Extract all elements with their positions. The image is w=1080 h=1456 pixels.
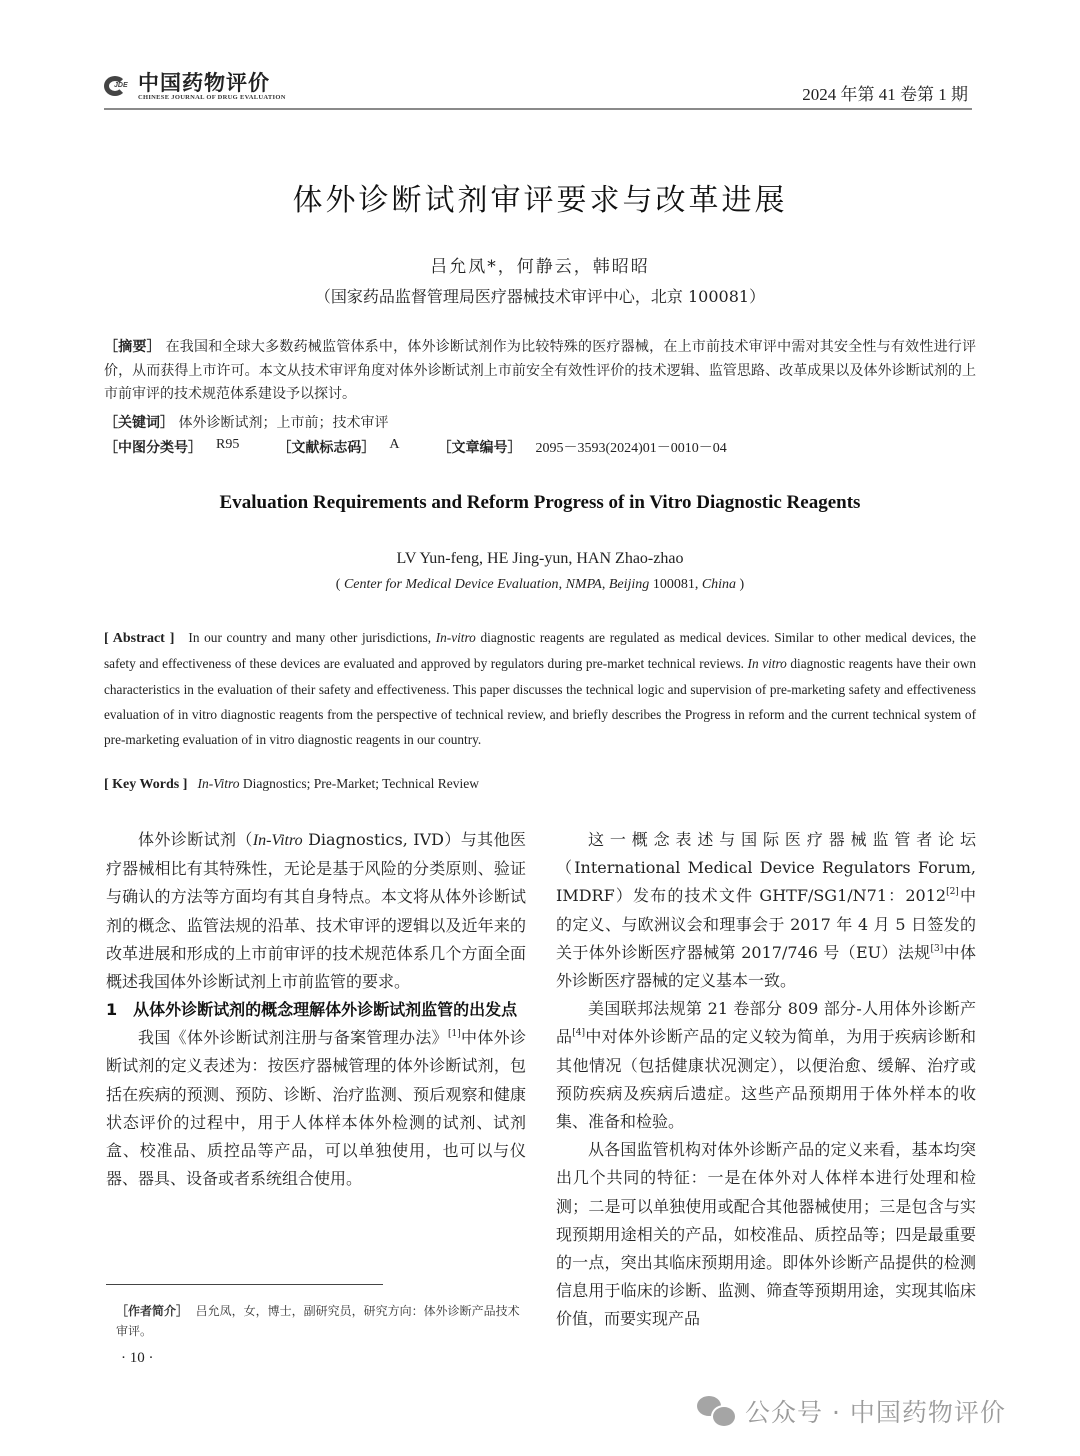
author-footnote: ［作者简介］ 吕允凤，女，博士，副研究员，研究方向：体外诊断产品技术审评。 bbox=[116, 1301, 526, 1341]
journal-logo-icon: JDE bbox=[104, 74, 134, 100]
keywords-cn: ［关键词］ 体外诊断试剂；上市前；技术审评 bbox=[104, 412, 388, 432]
keywords-cn-label: ［关键词］ bbox=[104, 415, 174, 431]
article-title-en: Evaluation Requirements and Reform Progr… bbox=[0, 492, 1080, 514]
article-no-value: 2095－3593(2024)01－0010－04 bbox=[535, 437, 726, 457]
affiliation-cn: （国家药品监督管理局医疗器械技术审评中心，北京 100081） bbox=[0, 284, 1080, 307]
abstract-en-label: [ Abstract ] bbox=[104, 631, 174, 646]
body-paragraph: 体外诊断试剂（In-Vitro Diagnostics, IVD）与其他医疗器械… bbox=[106, 826, 526, 996]
body-column-left: 体外诊断试剂（In-Vitro Diagnostics, IVD）与其他医疗器械… bbox=[106, 826, 526, 1193]
page-number: · 10 · bbox=[121, 1350, 154, 1367]
citation-ref[interactable]: [2] bbox=[946, 887, 959, 897]
doc-code-label: ［文献标志码］ bbox=[277, 437, 375, 457]
article-title-cn: 体外诊断试剂审评要求与改革进展 bbox=[0, 175, 1080, 219]
body-paragraph: 这一概念表述与国际医疗器械监管者论坛（International Medical… bbox=[556, 826, 976, 995]
citation-ref[interactable]: [4] bbox=[572, 1028, 585, 1038]
abstract-cn-label: ［摘要］ bbox=[104, 339, 161, 355]
doc-code-value: A bbox=[389, 437, 399, 457]
journal-name-cn: 中国药物评价 bbox=[138, 72, 286, 94]
affiliation-en: ( Center for Medical Device Evaluation, … bbox=[0, 577, 1080, 593]
footnote-label: ［作者简介］ bbox=[116, 1304, 188, 1318]
abstract-cn-text: 在我国和全球大多数药械监管体系中，体外诊断试剂作为比较特殊的医疗器械，在上市前技… bbox=[104, 339, 976, 402]
body-column-right: 这一概念表述与国际医疗器械监管者论坛（International Medical… bbox=[556, 826, 976, 1334]
issue-info: 2024 年第 41 卷第 1 期 bbox=[802, 80, 968, 105]
journal-name-en: CHINESE JOURNAL OF DRUG EVALUATION bbox=[138, 94, 286, 102]
classification-line: ［中图分类号］ R95 ［文献标志码］ A ［文章编号］ 2095－3593(2… bbox=[104, 437, 765, 457]
footnote-divider bbox=[106, 1284, 383, 1285]
page-header: JDE 中国药物评价 CHINESE JOURNAL OF DRUG EVALU… bbox=[104, 70, 972, 110]
authors-en: LV Yun-feng, HE Jing-yun, HAN Zhao-zhao bbox=[0, 550, 1080, 568]
citation-ref[interactable]: [3] bbox=[931, 944, 944, 954]
wechat-watermark: 公众号 · 中国药物评价 bbox=[697, 1393, 1006, 1429]
keywords-en-label: [ Key Words ] bbox=[104, 777, 187, 792]
watermark-text: 公众号 · 中国药物评价 bbox=[745, 1393, 1006, 1429]
abstract-en: [ Abstract ] In our country and many oth… bbox=[104, 625, 976, 752]
wechat-icon bbox=[697, 1394, 735, 1428]
abstract-cn: ［摘要］ 在我国和全球大多数药械监管体系中，体外诊断试剂作为比较特殊的医疗器械，… bbox=[104, 336, 976, 407]
body-paragraph: 从各国监管机构对体外诊断产品的定义来看，基本均突出几个共同的特征：一是在体外对人… bbox=[556, 1136, 976, 1333]
section-heading-1: 1 从体外诊断试剂的概念理解体外诊断试剂监管的出发点 bbox=[106, 996, 526, 1024]
article-no-label: ［文章编号］ bbox=[437, 437, 521, 457]
journal-page: JDE 中国药物评价 CHINESE JOURNAL OF DRUG EVALU… bbox=[0, 0, 1080, 1456]
clc-label: ［中图分类号］ bbox=[104, 437, 202, 457]
journal-logo: JDE 中国药物评价 CHINESE JOURNAL OF DRUG EVALU… bbox=[104, 72, 286, 102]
body-paragraph: 美国联邦法规第 21 卷部分 809 部分-人用体外诊断产品[4]中对体外诊断产… bbox=[556, 995, 976, 1136]
keywords-en: [ Key Words ] In-Vitro Diagnostics; Pre-… bbox=[104, 776, 479, 793]
keywords-cn-text: 体外诊断试剂；上市前；技术审评 bbox=[178, 415, 388, 431]
clc-value: R95 bbox=[216, 437, 239, 457]
authors-cn: 吕允凤*，何静云，韩昭昭 bbox=[0, 252, 1080, 277]
body-paragraph: 我国《体外诊断试剂注册与备案管理办法》[1]中体外诊断试剂的定义表述为：按医疗器… bbox=[106, 1024, 526, 1193]
citation-ref[interactable]: [1] bbox=[448, 1029, 461, 1039]
